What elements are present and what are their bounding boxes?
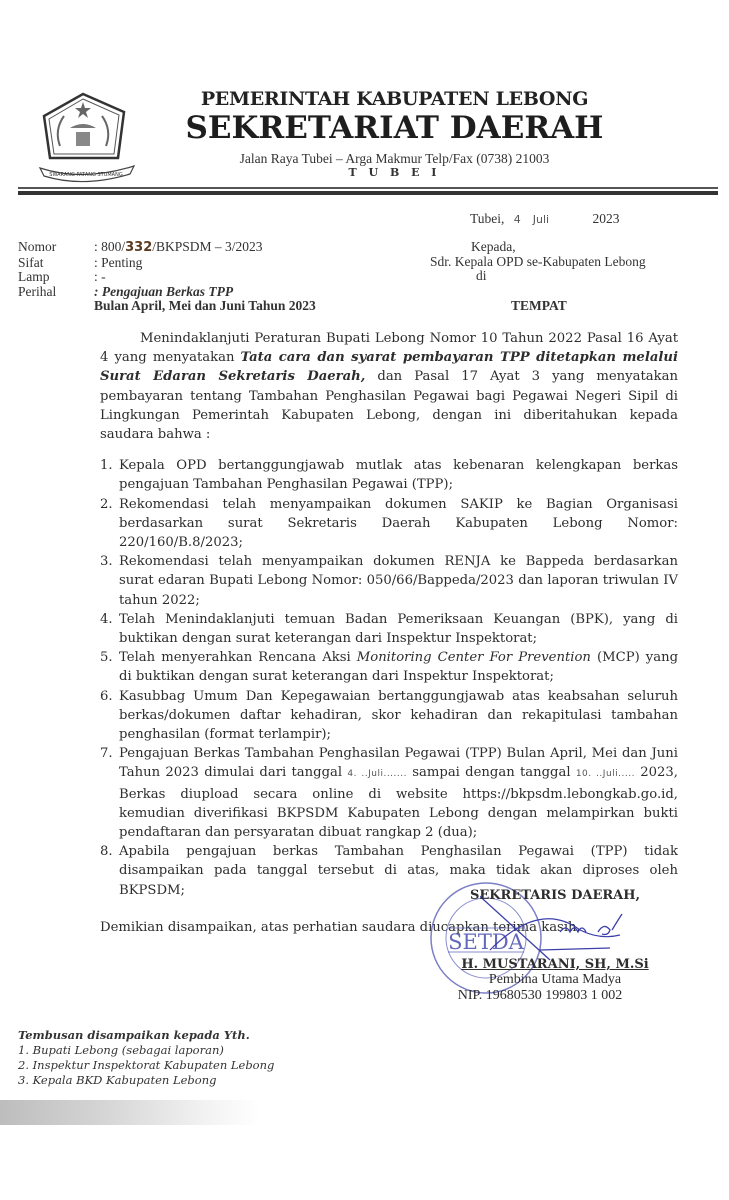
signatory-name: H. MUSTARANI, SH, M.Si: [420, 957, 650, 972]
recipient-salutation: Kepada,: [430, 240, 646, 255]
letter-metadata: Nomor : 800/332/BKPSDM – 3/2023 Sifat : …: [18, 240, 316, 314]
meta-label: Sifat: [18, 256, 94, 271]
list-item: 7.Pengajuan Berkas Tambahan Penghasilan …: [100, 744, 678, 842]
carbon-copy: Tembusan disampaikan kepada Yth. 1. Bupa…: [18, 1028, 274, 1088]
date-year: 2023: [592, 211, 619, 226]
cc-heading: Tembusan disampaikan kepada Yth.: [18, 1028, 274, 1043]
list-item: 5.Telah menyerahkan Rencana Aksi Monitor…: [100, 648, 678, 686]
letter-body: Menindaklanjuti Peraturan Bupati Lebong …: [100, 329, 678, 950]
meta-row-sifat: Sifat : Penting: [18, 256, 316, 271]
government-name: PEMERINTAH KABUPATEN LEBONG: [0, 88, 729, 110]
signatory-rank: Pembina Utama Madya: [420, 972, 650, 988]
meta-number-handwritten: 332: [125, 240, 152, 255]
meta-value: : -: [94, 270, 316, 285]
letterhead-rule-thick: [18, 191, 718, 195]
meta-subject-period: Bulan April, Mei dan Juni Tahun 2023: [94, 299, 316, 314]
start-date-handwritten: 4. ..Juli.......: [347, 769, 407, 779]
recipient-place: TEMPAT: [511, 298, 567, 314]
list-item: 4.Telah Menindaklanjuti temuan Badan Pem…: [100, 610, 678, 648]
list-item: 1.Kepala OPD bertanggungjawab mutlak ata…: [100, 456, 678, 494]
meta-subject: : Pengajuan Berkas TPP: [94, 285, 316, 300]
signatory-title: SEKRETARIS DAERAH,: [420, 888, 650, 903]
intro-paragraph: Menindaklanjuti Peraturan Bupati Lebong …: [100, 329, 678, 444]
meta-row-lamp: Lamp : -: [18, 270, 316, 285]
cc-item: 2. Inspektur Inspektorat Kabupaten Lebon…: [18, 1058, 274, 1073]
recipient-name: Sdr. Kepala OPD se-Kabupaten Lebong: [430, 255, 646, 270]
meta-label: Lamp: [18, 270, 94, 285]
meta-label: Nomor: [18, 240, 94, 256]
signature-block: SEKRETARIS DAERAH, H. MUSTARANI, SH, M.S…: [420, 888, 650, 1004]
office-city: T U B E I: [0, 166, 729, 179]
requirements-list: 1.Kepala OPD bertanggungjawab mutlak ata…: [100, 456, 678, 900]
meta-label: Perihal: [18, 285, 94, 300]
meta-value: : Penting: [94, 256, 316, 271]
meta-number-suffix: /BKPSDM – 3/2023: [152, 239, 262, 254]
date-place: Tubei,: [470, 211, 504, 226]
office-name: SEKRETARIAT DAERAH: [0, 110, 729, 146]
list-item: 3.Rekomendasi telah menyampaikan dokumen…: [100, 552, 678, 610]
list-item: 6.Kasubbag Umum Dan Kepegawaian bertangg…: [100, 687, 678, 745]
date-day-handwritten: 4: [514, 213, 521, 226]
cc-item: 1. Bupati Lebong (sebagai laporan): [18, 1043, 274, 1058]
scan-shadow: [0, 1100, 260, 1125]
letter-date: Tubei, 4Juli 2023: [470, 211, 619, 227]
meta-row-nomor: Nomor : 800/332/BKPSDM – 3/2023: [18, 240, 316, 256]
date-month-handwritten: Juli: [533, 213, 549, 226]
office-address: Jalan Raya Tubei – Arga Makmur Telp/Fax …: [0, 151, 729, 167]
cc-item: 3. Kepala BKD Kabupaten Lebong: [18, 1073, 274, 1088]
letterhead-rule-thin: [18, 187, 718, 189]
recipient-block: Kepada, Sdr. Kepala OPD se-Kabupaten Leb…: [430, 240, 646, 284]
meta-row-perihal: Perihal : Pengajuan Berkas TPP: [18, 285, 316, 300]
meta-number-prefix: : 800/: [94, 239, 125, 254]
list-item: 2.Rekomendasi telah menyampaikan dokumen…: [100, 495, 678, 553]
end-date-handwritten: 10. ..Juli.....: [576, 769, 635, 779]
signatory-nip: NIP. 19680530 199803 1 002: [420, 988, 650, 1004]
recipient-di: di: [430, 269, 646, 284]
